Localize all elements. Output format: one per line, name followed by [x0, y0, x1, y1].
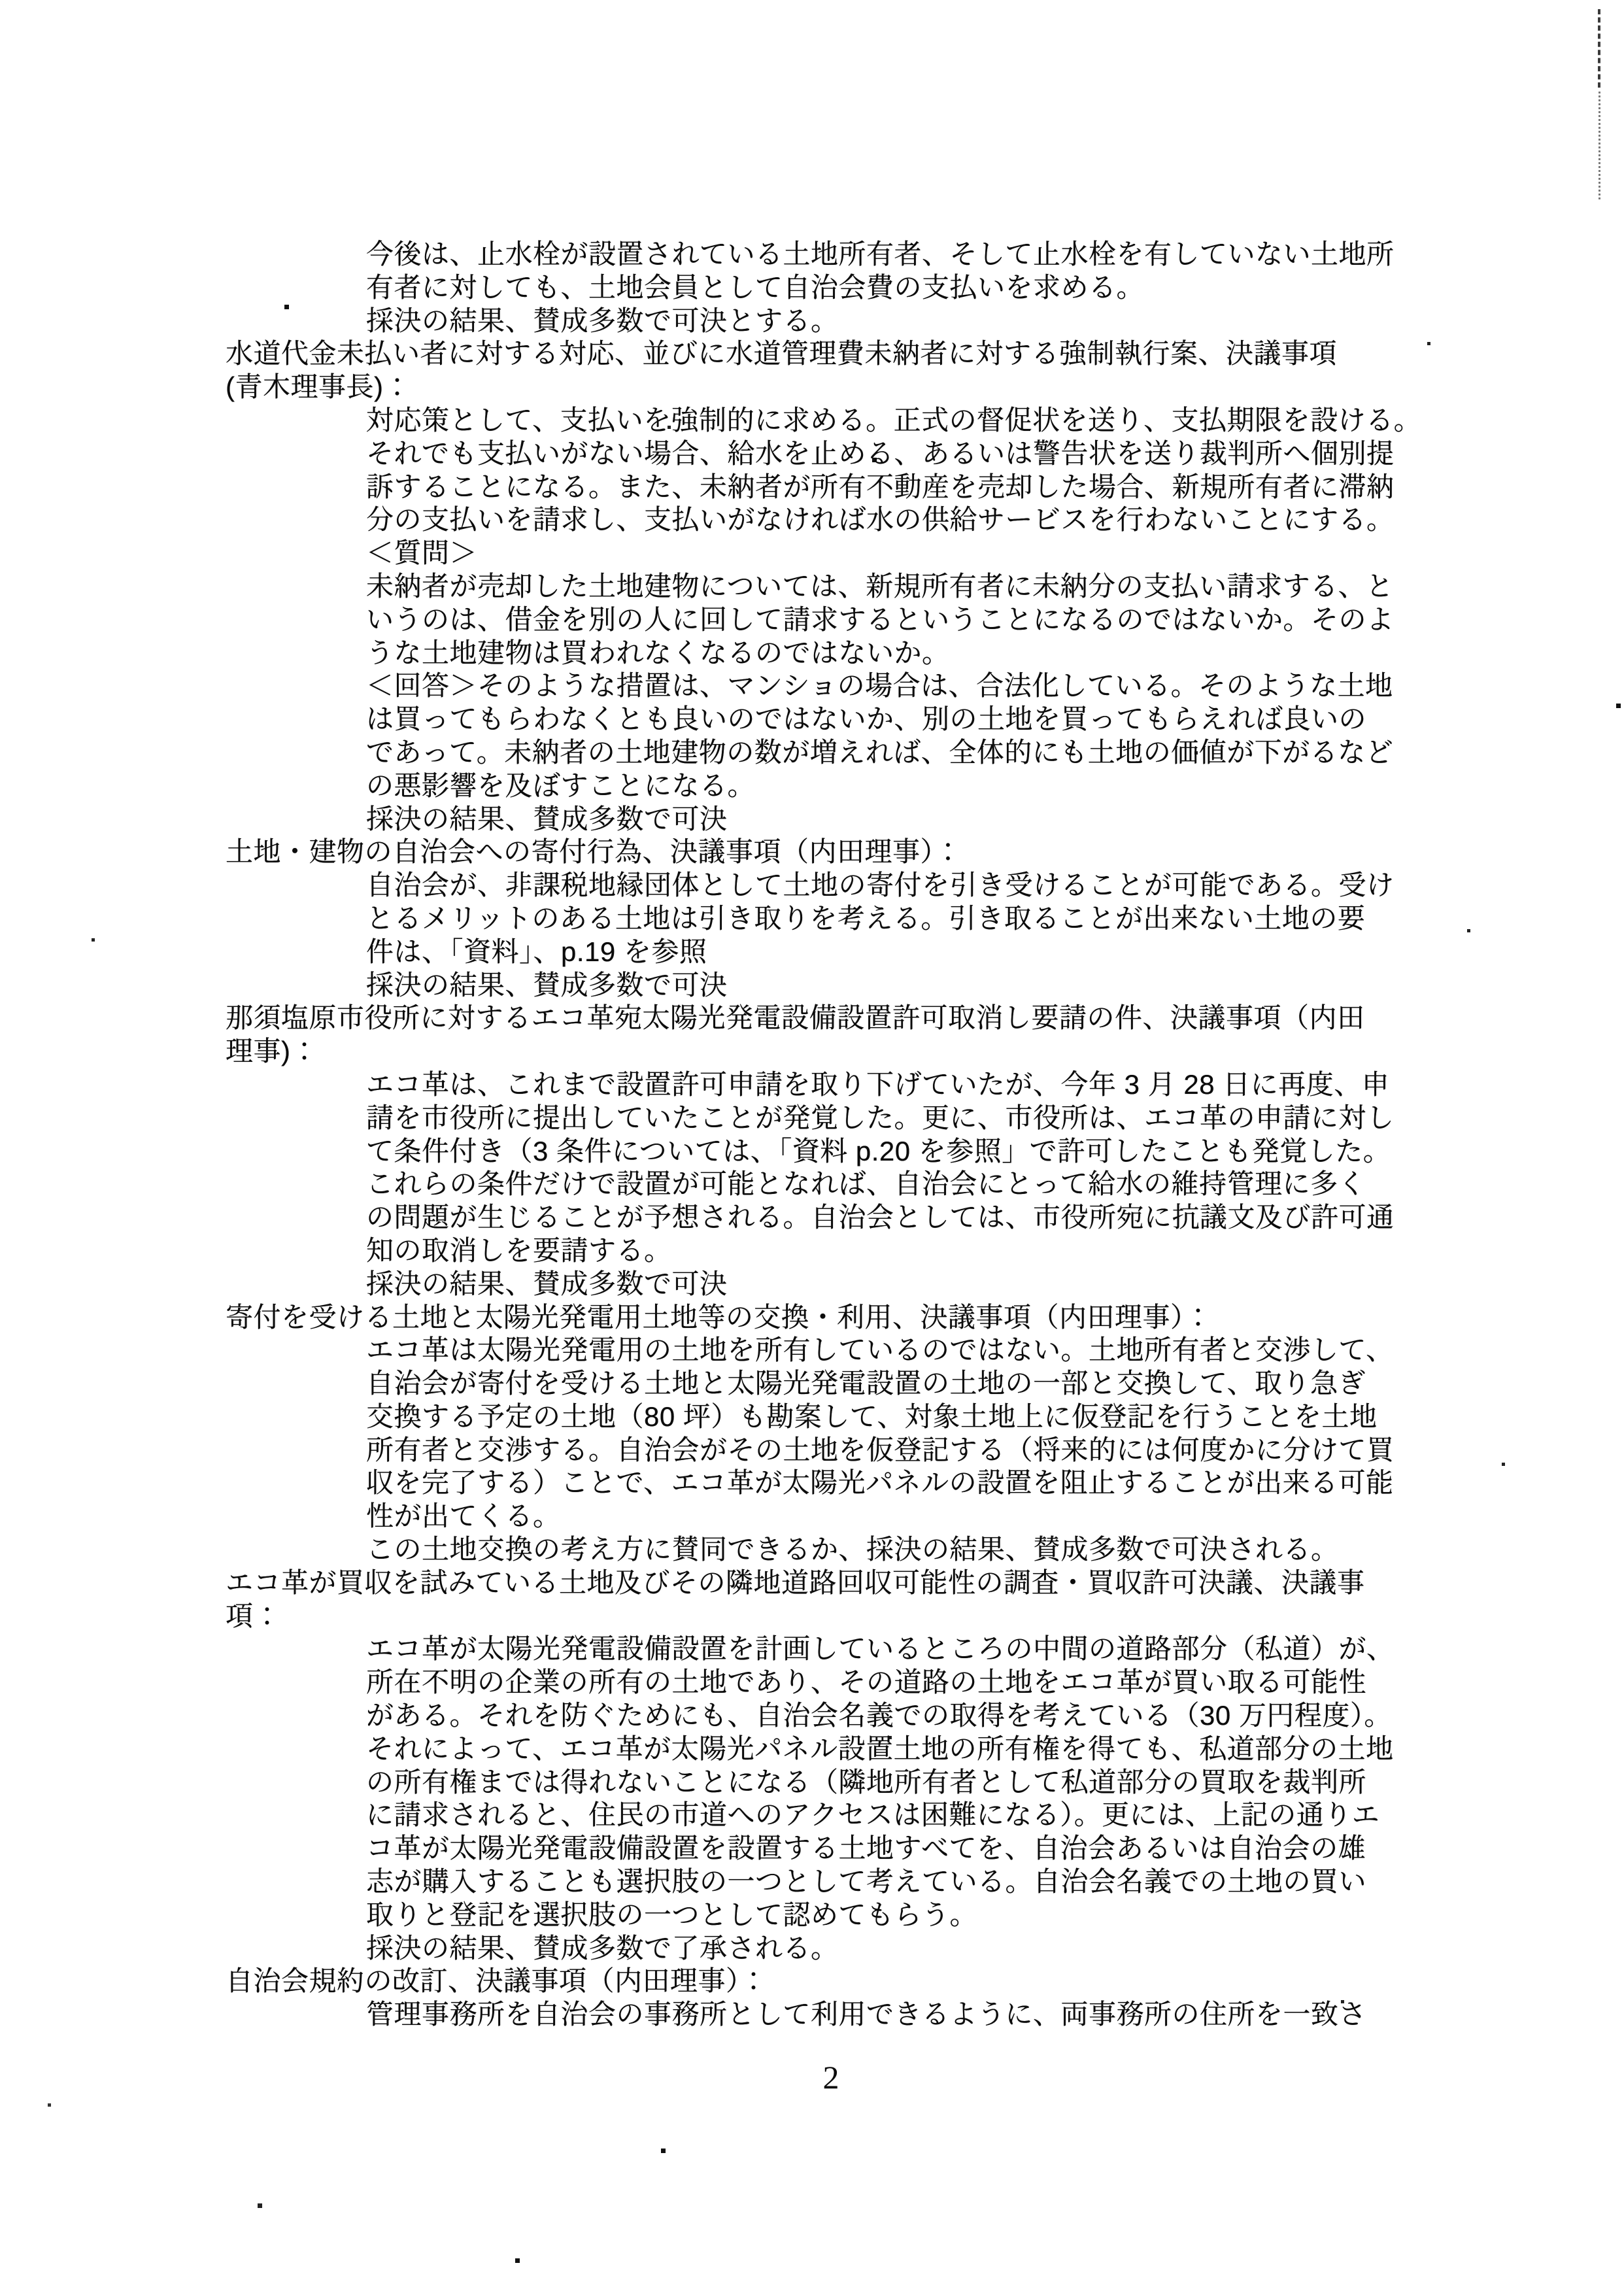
- document-line: 寄付を受ける土地と太陽光発電用土地等の交換・利用、決議事項（内田理事）：: [0, 1301, 1624, 1334]
- document-line: エコ革が買収を試みている土地及びその隣地道路回収可能性の調査・買収許可決議、決議…: [0, 1567, 1624, 1600]
- document-line: とるメリットのある土地は引き取りを考える。引き取ることが出来ない土地の要: [0, 902, 1624, 936]
- document-line: 志が購入することも選択肢の一つとして考えている。自治会名義での土地の買い: [0, 1865, 1624, 1899]
- document-line: 有者に対しても、土地会員として自治会費の支払いを求める。: [0, 271, 1624, 305]
- document-line: コ革が太陽光発電設備設置を設置する土地すべてを、自治会あるいは自治会の雄: [0, 1832, 1624, 1865]
- document-line: この土地交換の考え方に賛同できるか、採決の結果、賛成多数で可決される。: [0, 1533, 1624, 1567]
- document-line: 理事)：: [0, 1035, 1624, 1068]
- document-line: の悪影響を及ぼすことになる。: [0, 770, 1624, 803]
- document-line: 採決の結果、賛成多数で可決とする。: [0, 305, 1624, 338]
- scan-artifact-dashed-line: [1598, 9, 1600, 88]
- document-line: うな土地建物は買われなくなるのではないか。: [0, 637, 1624, 670]
- document-line: 土地・建物の自治会への寄付行為、決議事項（内田理事）：: [0, 836, 1624, 869]
- document-line: 件は、「資料」、p.19 を参照: [0, 936, 1624, 969]
- document-line: 性が出てくる。: [0, 1500, 1624, 1533]
- document-line: 項：: [0, 1600, 1624, 1633]
- document-line: 自治会が寄付を受ける土地と太陽光発電設置の土地の一部と交換して、取り急ぎ: [0, 1367, 1624, 1401]
- document-line: 分の支払いを請求し、支払いがなければ水の供給サービスを行わないことにする。: [0, 503, 1624, 537]
- document-line: 所在不明の企業の所有の土地であり、その道路の土地をエコ革が買い取る可能性: [0, 1666, 1624, 1699]
- document-line: ＜質問＞: [0, 537, 1624, 570]
- document-line: 訴することになる。また、未納者が所有不動産を売却した場合、新規所有者に滞納: [0, 471, 1624, 504]
- scan-noise-specks: [0, 0, 2, 2]
- document-line: 請を市役所に提出していたことが発覚した。更に、市役所は、エコ革の申請に対し: [0, 1102, 1624, 1135]
- scanned-document-page: 今後は、止水栓が設置されている土地所有者、そして止水栓を有していない土地所有者に…: [0, 0, 1624, 2293]
- document-line: 採決の結果、賛成多数で了承される。: [0, 1932, 1624, 1965]
- document-line: に請求されると、住民の市道へのアクセスは困難になる）。更には、上記の通りエ: [0, 1799, 1624, 1832]
- document-line: 採決の結果、賛成多数で可決: [0, 969, 1624, 1002]
- document-line: 所有者と交渉する。自治会がその土地を仮登記する（将来的には何度かに分けて買: [0, 1434, 1624, 1467]
- document-line: いうのは、借金を別の人に回して請求するということになるのではないか。そのよ: [0, 603, 1624, 637]
- document-line: エコ革は、これまで設置許可申請を取り下げていたが、今年 3 月 28 日に再度、…: [0, 1068, 1624, 1102]
- document-line: て条件付き（3 条件については、「資料 p.20 を参照」で許可したことも発覚し…: [0, 1135, 1624, 1168]
- document-line: これらの条件だけで設置が可能となれば、自治会にとって給水の維持管理に多く: [0, 1168, 1624, 1201]
- document-line: の問題が生じることが予想される。自治会としては、市役所宛に抗議文及び許可通: [0, 1201, 1624, 1234]
- document-line: 未納者が売却した土地建物については、新規所有者に未納分の支払い請求する、と: [0, 570, 1624, 603]
- text-block: 今後は、止水栓が設置されている土地所有者、そして止水栓を有していない土地所有者に…: [0, 238, 1624, 2031]
- document-line: (青木理事長)：: [0, 371, 1624, 404]
- document-line: であって。未納者の土地建物の数が増えれば、全体的にも土地の価値が下がるなど: [0, 736, 1624, 770]
- document-line: 採決の結果、賛成多数で可決: [0, 1268, 1624, 1301]
- document-line: は買ってもらわなくとも良いのではないか、別の土地を買ってもらえれば良いの: [0, 703, 1624, 736]
- document-line: の所有権までは得れないことになる（隣地所有者として私道部分の買取を裁判所: [0, 1766, 1624, 1799]
- document-line: 自治会が、非課税地縁団体として土地の寄付を引き受けることが可能である。受け: [0, 869, 1624, 902]
- document-line: 対応策として、支払いを強制的に求める。正式の督促状を送り、支払期限を設ける。: [0, 404, 1624, 437]
- page-number: 2: [19, 2058, 1624, 2096]
- document-line: 取りと登記を選択肢の一つとして認めてもらう。: [0, 1899, 1624, 1932]
- document-line: ＜回答＞そのような措置は、マンショの場合は、合法化している。そのような土地: [0, 670, 1624, 703]
- document-line: 採決の結果、賛成多数で可決: [0, 803, 1624, 836]
- document-line: 管理事務所を自治会の事務所として利用できるように、両事務所の住所を一致さ: [0, 1998, 1624, 2031]
- document-line: 知の取消しを要請する。: [0, 1234, 1624, 1268]
- document-line: がある。それを防ぐためにも、自治会名義での取得を考えている（30 万円程度）。: [0, 1699, 1624, 1733]
- document-line: エコ革が太陽光発電設備設置を計画しているところの中間の道路部分（私道）が、: [0, 1633, 1624, 1666]
- document-line: それによって、エコ革が太陽光パネル設置土地の所有権を得ても、私道部分の土地: [0, 1733, 1624, 1766]
- document-line: それでも支払いがない場合、給水を止める、あるいは警告状を送り裁判所へ個別提: [0, 437, 1624, 471]
- scan-artifact-dotted-line: [1599, 92, 1600, 199]
- document-line: 那須塩原市役所に対するエコ革宛太陽光発電設備設置許可取消し要請の件、決議事項（内…: [0, 1002, 1624, 1035]
- document-line: 自治会規約の改訂、決議事項（内田理事）：: [0, 1965, 1624, 1998]
- document-line: 今後は、止水栓が設置されている土地所有者、そして止水栓を有していない土地所: [0, 238, 1624, 271]
- document-line: エコ革は太陽光発電用の土地を所有しているのではない。土地所有者と交渉して、: [0, 1334, 1624, 1367]
- document-line: 収を完了する）ことで、エコ革が太陽光パネルの設置を阻止することが出来る可能: [0, 1467, 1624, 1500]
- document-line: 交換する予定の土地（80 坪）も勘案して、対象土地上に仮登記を行うことを土地: [0, 1401, 1624, 1434]
- document-line: 水道代金未払い者に対する対応、並びに水道管理費未納者に対する強制執行案、決議事項: [0, 337, 1624, 371]
